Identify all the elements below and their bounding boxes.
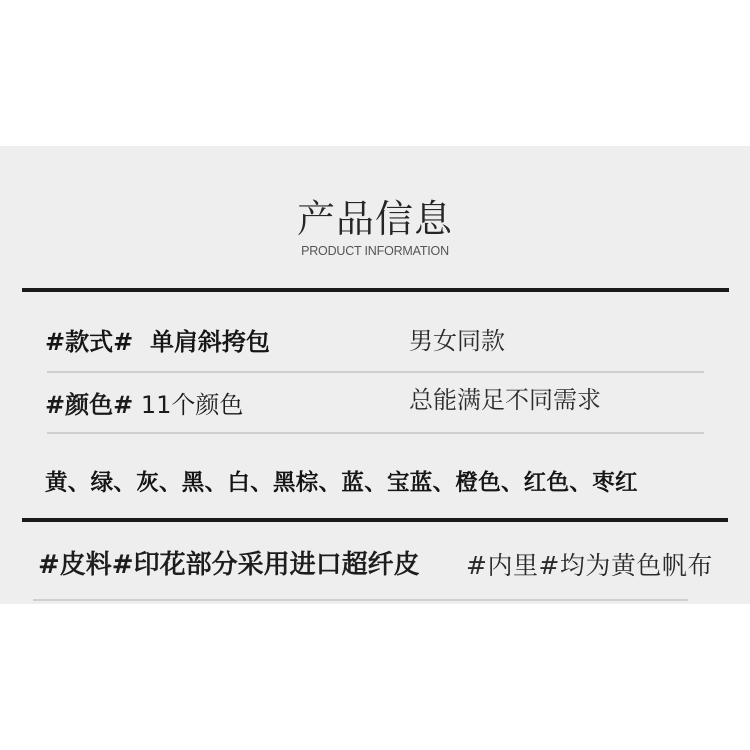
style-note: 男女同款 <box>409 326 505 356</box>
style-label: #款式# <box>45 328 133 356</box>
color-value: 11个颜色 <box>141 391 244 419</box>
leather-material: #皮料#印花部分采用进口超纤皮 <box>38 549 420 581</box>
section-subtitle: PRODUCT INFORMATION <box>0 244 750 258</box>
lining-material: #内里#均为黄色帆布 <box>466 550 713 582</box>
divider-bottom <box>33 599 688 601</box>
divider-top-thick <box>22 288 729 292</box>
color-options-list: 黄、绿、灰、黑、白、黑棕、蓝、宝蓝、橙色、红色、枣红 <box>45 468 638 498</box>
color-note: 总能满足不同需求 <box>409 385 601 415</box>
divider-middle-thick <box>22 518 728 522</box>
style-value: 单肩斜挎包 <box>150 328 270 356</box>
color-label: #颜色# <box>45 391 133 419</box>
section-title: 产品信息 <box>0 196 750 242</box>
divider-row-1 <box>47 371 704 373</box>
divider-row-2 <box>47 432 704 434</box>
color-spec: #颜色# 11个颜色 <box>45 390 243 420</box>
style-spec: #款式# 单肩斜挎包 <box>45 327 270 357</box>
